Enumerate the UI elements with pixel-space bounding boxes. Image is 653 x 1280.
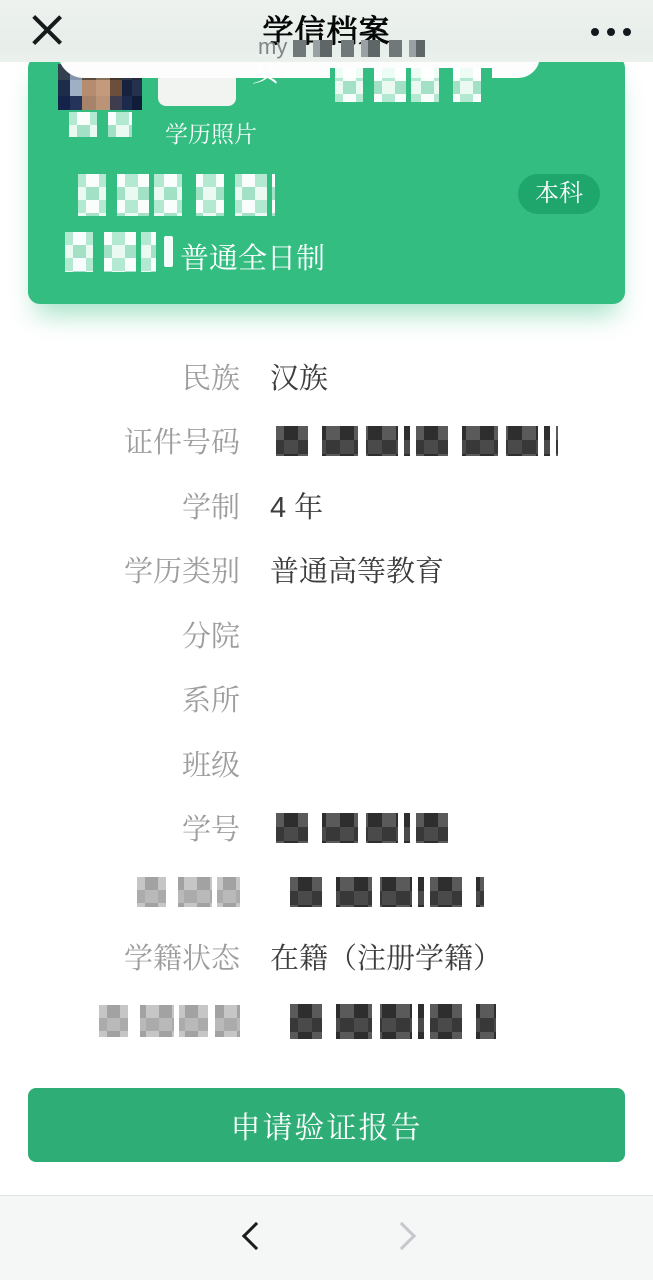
birthdate-redacted-mosaic bbox=[330, 68, 492, 102]
field-value: 汉族 bbox=[270, 356, 328, 397]
field-row: 学籍状态 在籍（注册学籍） bbox=[0, 925, 653, 990]
field-label bbox=[0, 1005, 240, 1037]
field-value bbox=[270, 1004, 496, 1039]
field-value bbox=[270, 813, 454, 843]
diploma-photo-label: 学历照片 bbox=[165, 116, 257, 149]
browser-nav-bar bbox=[0, 1195, 653, 1280]
field-row: 学历类别 普通高等教育 bbox=[0, 538, 653, 603]
field-row: 学制 4 年 bbox=[0, 473, 653, 538]
field-row: 系所 bbox=[0, 667, 653, 732]
field-label bbox=[0, 877, 240, 907]
field-row: 民族 汉族 bbox=[0, 344, 653, 409]
value-redacted-mosaic bbox=[270, 426, 558, 456]
value-redacted-mosaic bbox=[284, 1004, 496, 1039]
field-label: 学制 bbox=[0, 485, 240, 526]
forward-icon[interactable] bbox=[392, 1226, 412, 1246]
major-redacted-mosaic bbox=[60, 232, 156, 272]
url-redacted-mosaic bbox=[293, 40, 425, 57]
study-mode-value: 普通全日制 bbox=[180, 236, 325, 277]
field-row bbox=[0, 860, 653, 925]
field-value bbox=[270, 426, 558, 456]
field-row: 分院 bbox=[0, 602, 653, 667]
field-row bbox=[0, 989, 653, 1054]
url-prefix-text: my bbox=[258, 36, 287, 58]
university-name-redacted-mosaic bbox=[73, 174, 275, 216]
value-redacted-mosaic bbox=[270, 813, 454, 843]
field-row: 学号 bbox=[0, 796, 653, 861]
back-icon[interactable] bbox=[246, 1226, 266, 1246]
degree-badge: 本科 bbox=[518, 174, 600, 214]
field-row: 班级 bbox=[0, 731, 653, 796]
field-label: 学籍状态 bbox=[0, 936, 240, 977]
field-label: 班级 bbox=[0, 743, 240, 784]
separator-tick bbox=[164, 236, 173, 267]
field-label: 证件号码 bbox=[0, 420, 240, 461]
field-value: 在籍（注册学籍） bbox=[270, 936, 502, 977]
field-value: 普通高等教育 bbox=[270, 549, 444, 590]
field-label: 学号 bbox=[0, 807, 240, 848]
field-row: 证件号码 bbox=[0, 409, 653, 474]
field-value bbox=[270, 877, 484, 907]
page-url: my bbox=[258, 36, 425, 58]
field-list: 民族 汉族 证件号码 学制 4 年 学历类别 普通高等教育 分院 系所 班级 bbox=[0, 334, 653, 1054]
photo-caption-redacted-mosaic bbox=[64, 112, 132, 137]
apply-verification-report-button[interactable]: 申请验证报告 bbox=[28, 1088, 625, 1162]
field-label: 系所 bbox=[0, 678, 240, 719]
label-redacted-mosaic bbox=[132, 877, 240, 907]
wechat-browser-screen: 学信档案 my bbox=[0, 0, 653, 1280]
field-label: 民族 bbox=[0, 356, 240, 397]
value-redacted-mosaic bbox=[284, 877, 484, 907]
field-value: 4 年 bbox=[270, 485, 323, 526]
more-menu-icon[interactable] bbox=[585, 22, 637, 42]
label-redacted-mosaic bbox=[94, 1005, 240, 1037]
field-label: 分院 bbox=[0, 614, 240, 655]
student-info-card: 学历照片 女 本科 普通全日制 bbox=[28, 56, 625, 304]
field-label: 学历类别 bbox=[0, 549, 240, 590]
